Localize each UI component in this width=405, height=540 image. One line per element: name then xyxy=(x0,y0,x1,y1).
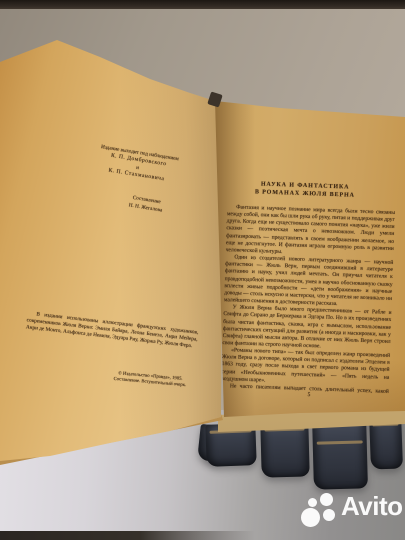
essay-paragraph: Один из создателей нового литературного … xyxy=(224,254,394,310)
table-front-edge xyxy=(0,531,255,540)
essay-paragraph: «Романы нового типа» — так был определен… xyxy=(221,347,390,389)
essay-body: Фантазия и научное познание мира всегда … xyxy=(221,204,395,394)
essay-title: НАУКА И ФАНТАСТИКА В РОМАНАХ ЖЮЛЯ ВЕРНА xyxy=(238,180,372,201)
page-number: 5 xyxy=(302,392,316,398)
avito-watermark: Avito xyxy=(299,492,401,534)
background-top-edge xyxy=(0,0,405,9)
avito-wordmark: Avito xyxy=(341,491,403,522)
essay-paragraph: Фантазия и научное познание мира всегда … xyxy=(226,204,396,260)
book-photo: Издание выходит под наблюдением К. П. До… xyxy=(0,0,405,540)
essay-paragraph: У Жюля Верна было много предшественников… xyxy=(222,304,391,353)
